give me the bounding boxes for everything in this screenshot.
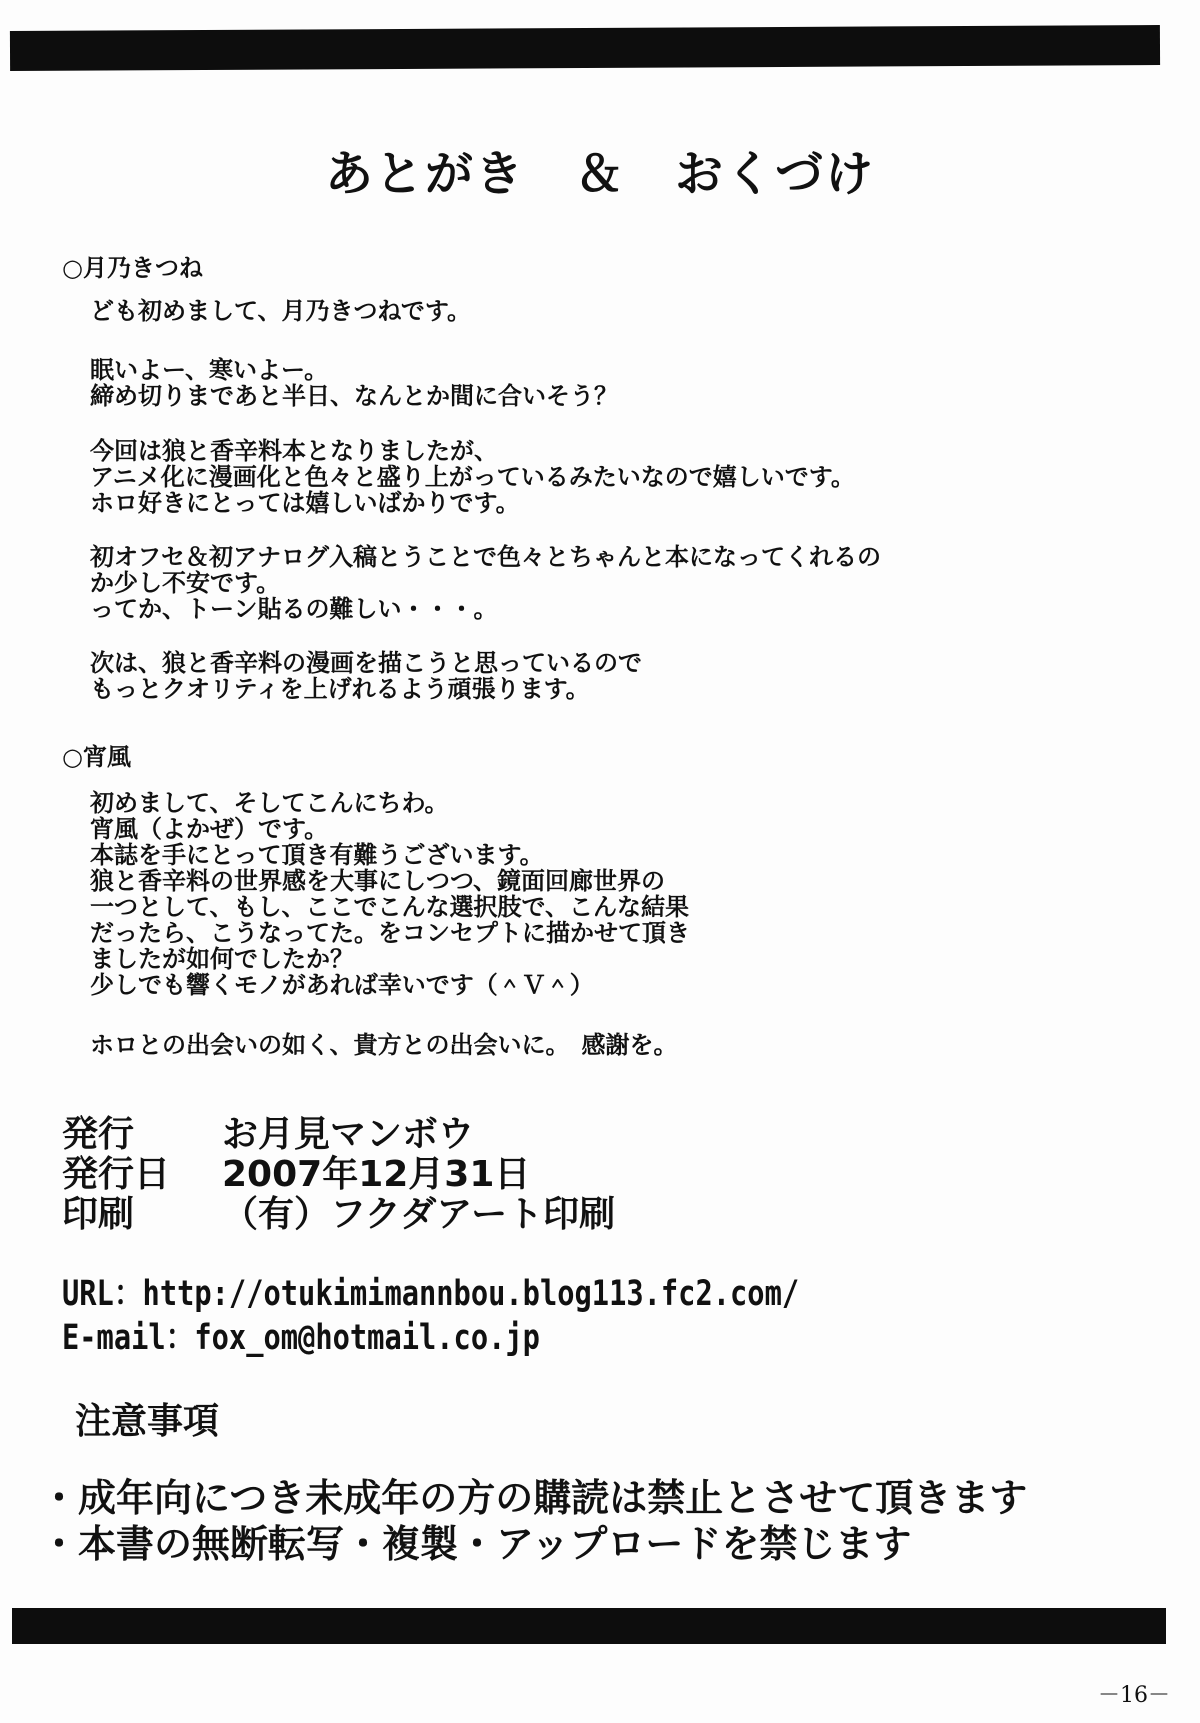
paragraph: ども初めまして、月乃きつねです。: [90, 298, 471, 324]
colophon: 発行 お月見マンボウ 発行日 2007年12月31日 印刷 （有）フクダアート印…: [62, 1115, 615, 1235]
paragraph: 次は、狼と香辛料の漫画を描こうと思っているので もっとクオリティを上げれるよう頑…: [90, 650, 642, 702]
printer-label: 印刷: [62, 1195, 222, 1235]
contact-block: URL：http://otukimimannbou.blog113.fc2.co…: [62, 1272, 799, 1360]
bottom-black-bar: [12, 1608, 1166, 1644]
paragraph: 今回は狼と香辛料本となりましたが、 アニメ化に漫画化と色々と盛り上がっているみた…: [90, 438, 855, 516]
notice-heading: 注意事項: [75, 1393, 219, 1444]
page-title: あとがき ＆ おくづけ: [0, 135, 1200, 204]
printer-row: 印刷 （有）フクダアート印刷: [62, 1195, 615, 1235]
paragraph: 眠いよー、寒いよー。 締め切りまであと半日、なんとか間に合いそう？: [90, 357, 618, 409]
publisher-row: 発行 お月見マンボウ: [62, 1115, 615, 1155]
date-label: 発行日: [62, 1155, 222, 1195]
paragraph: 初めまして、そしてこんにちわ。 宵風（よかぜ）です。 本誌を手にとって頂き有難う…: [90, 790, 690, 998]
notice-item: ・本書の無断転写・複製・アップロードを禁じます: [40, 1521, 1027, 1567]
url-line: URL：http://otukimimannbou.blog113.fc2.co…: [62, 1272, 799, 1316]
top-black-bar: [10, 25, 1160, 71]
section-heading-tsukino: ○月乃きつね: [62, 248, 203, 283]
section-heading-yokaze: ○宵風: [62, 737, 131, 772]
publisher-label: 発行: [62, 1115, 222, 1155]
email-line: E-mail：fox_om@hotmail.co.jp: [62, 1316, 799, 1360]
notice-list: ・成年向につき未成年の方の購読は禁止とさせて頂きます ・本書の無断転写・複製・ア…: [40, 1475, 1027, 1567]
page-number: －16－: [1098, 1678, 1170, 1709]
publisher-value: お月見マンボウ: [222, 1115, 474, 1155]
printer-value: （有）フクダアート印刷: [222, 1195, 615, 1235]
notice-item: ・成年向につき未成年の方の購読は禁止とさせて頂きます: [40, 1475, 1027, 1521]
date-value: 2007年12月31日: [222, 1155, 530, 1195]
paragraph: ホロとの出会いの如く、貴方との出会いに。 感謝を。: [90, 1032, 678, 1058]
paragraph: 初オフセ＆初アナログ入稿とうことで色々とちゃんと本になってくれるの か少し不安で…: [90, 544, 881, 622]
date-row: 発行日 2007年12月31日: [62, 1155, 615, 1195]
